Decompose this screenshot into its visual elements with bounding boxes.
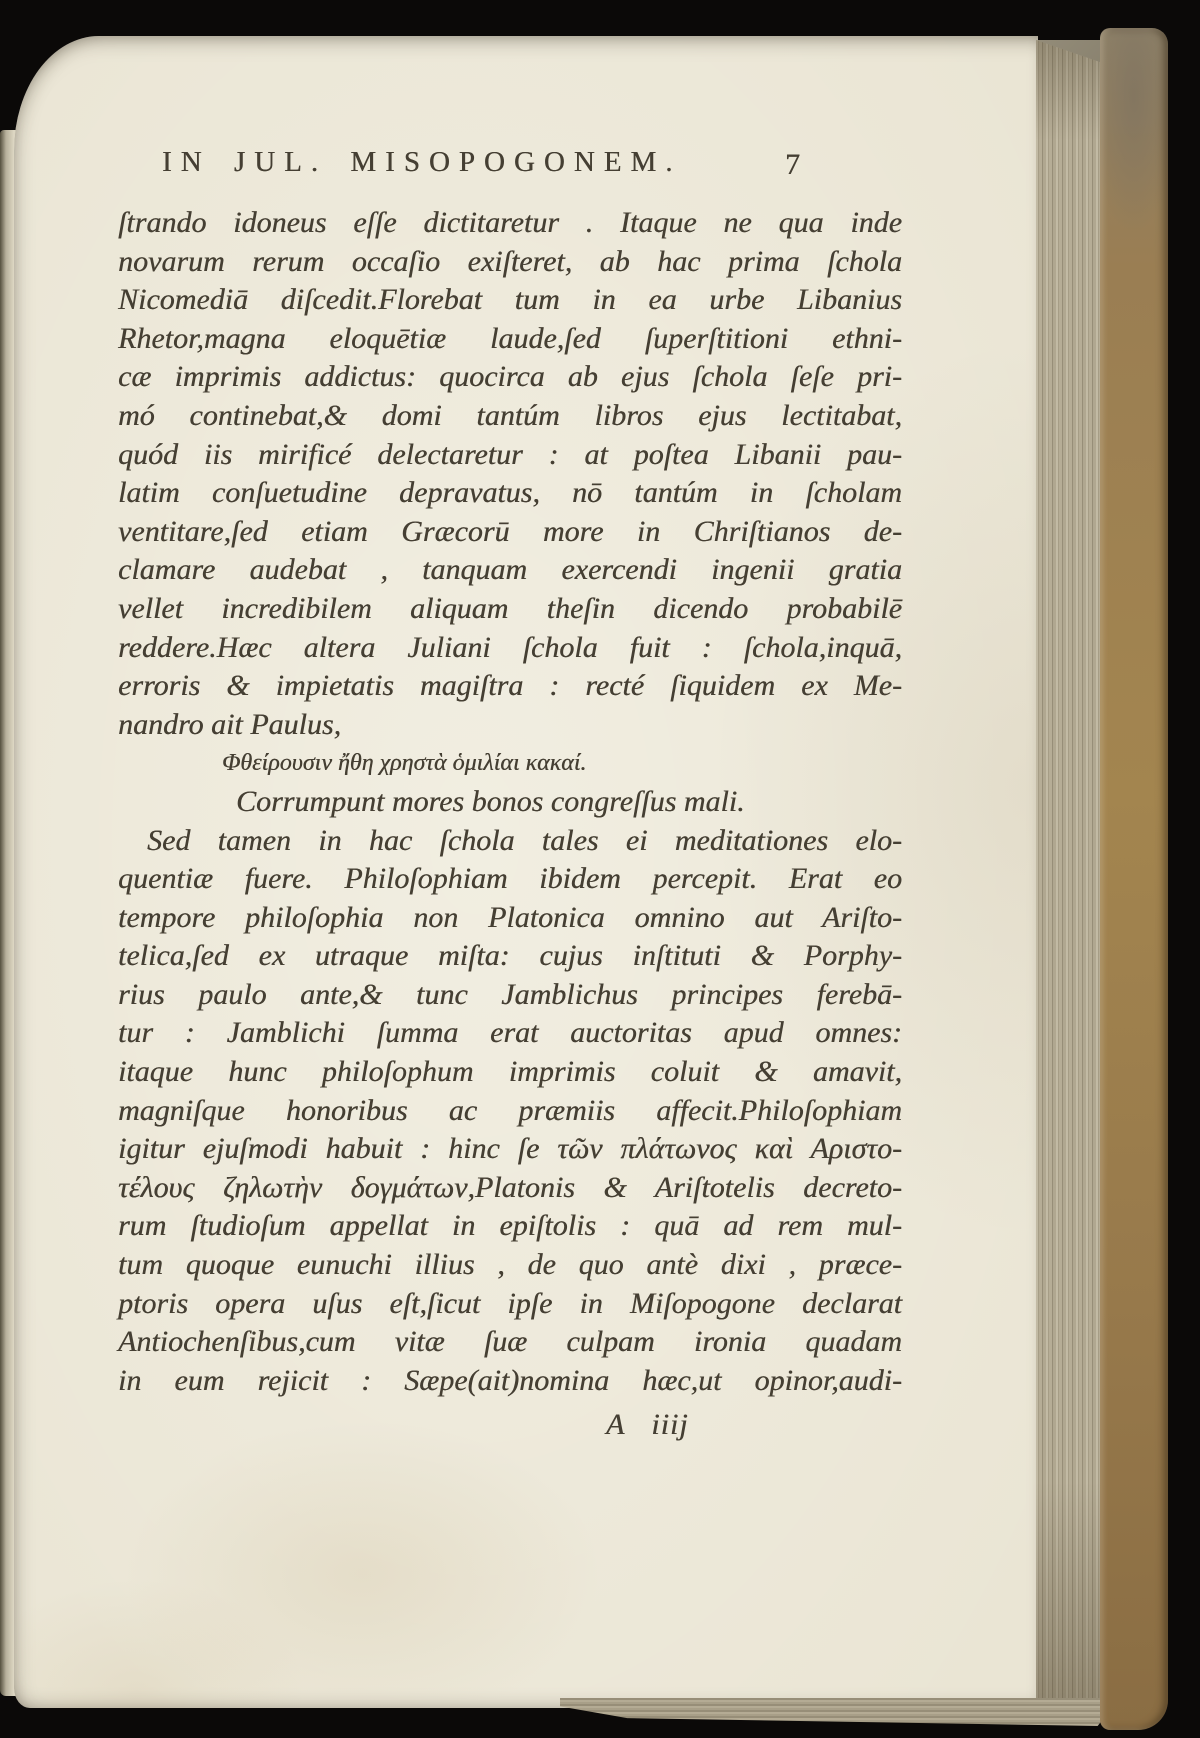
text-line: telica,ſed ex utraque miſta: cujus inſti… — [118, 937, 902, 976]
text-line: itaque hunc philoſophum imprimis coluit … — [118, 1053, 902, 1092]
signature-mark: A iiij — [118, 1406, 902, 1444]
text-line: rum ſtudioſum appellat in epiſtolis : qu… — [118, 1207, 902, 1246]
text-line: tempore philoſophia non Platonica omnino… — [118, 899, 902, 938]
text-line: ſtrando idoneus eſſe dictitaretur . Itaq… — [118, 204, 902, 243]
text-line: erroris & impietatis magiſtra : recté ſi… — [118, 667, 902, 706]
bottom-page-edge — [560, 1698, 1120, 1726]
text-line: rius paulo ante,& tunc Jamblichus princi… — [118, 976, 902, 1015]
latin-translation-line: Corrumpunt mores bonos congreſſus mali. — [118, 783, 902, 822]
text-line: in eum rejicit : Sæpe(ait)nomina hæc,ut … — [118, 1362, 902, 1401]
text-line: quód iis mirificé delectaretur : at poſt… — [118, 436, 902, 475]
text-line: ptoris opera uſus eſt,ſicut ipſe in Miſo… — [118, 1285, 902, 1324]
text-line: latim conſuetudine depravatus, nō tantúm… — [118, 474, 902, 513]
greek-quote-line: Φθείρουσιν ἤθη χρηστὰ ὁμιλίαι κακαί. — [118, 744, 902, 783]
text-line: igitur ejuſmodi habuit : hinc ſe τῶν πλά… — [118, 1130, 902, 1169]
page-surface: IN JUL. MISOPOGONEM. 7 ſtrando idoneus e… — [14, 36, 1038, 1708]
text-block: IN JUL. MISOPOGONEM. 7 ſtrando idoneus e… — [118, 146, 902, 1444]
text-line: reddere.Hæc altera Juliani ſchola fuit :… — [118, 629, 902, 668]
text-line: Rhetor,magna eloquētiæ laude,ſed ſuperſt… — [118, 320, 902, 359]
photo-background: { "page": { "header": { "title": "IN JUL… — [0, 0, 1200, 1738]
text-line: cæ imprimis addictus: quocirca ab ejus ſ… — [118, 358, 902, 397]
text-line: Sed tamen in hac ſchola tales ei meditat… — [118, 822, 902, 861]
text-line: vellet incredibilem aliquam theſin dicen… — [118, 590, 902, 629]
text-line: τέλους ζηλωτὴν δογμάτων,Platonis & Ariſt… — [118, 1169, 902, 1208]
running-header: IN JUL. MISOPOGONEM. 7 — [118, 146, 902, 190]
text-line: mó continebat,& domi tantúm libros ejus … — [118, 397, 902, 436]
text-line: nandro ait Paulus, — [118, 706, 902, 745]
fore-edge-page-stack — [1036, 40, 1104, 1716]
text-line: tum quoque eunuchi illius , de quo antè … — [118, 1246, 902, 1285]
text-line: ventitare,ſed etiam Græcorū more in Chri… — [118, 513, 902, 552]
text-line: clamare audebat , tanquam exercendi inge… — [118, 551, 902, 590]
text-line: tur : Jamblichi ſumma erat auctoritas ap… — [118, 1014, 902, 1053]
page-header-title: IN JUL. MISOPOGONEM. — [162, 146, 681, 179]
text-line: Antiochenſibus,cum vitæ ſuæ culpam ironi… — [118, 1323, 902, 1362]
text-line: Nicomediā diſcedit.Florebat tum in ea ur… — [118, 281, 902, 320]
text-line: novarum rerum occaſio exiſteret, ab hac … — [118, 243, 902, 282]
text-line: magniſque honoribus ac præmiis affecit.P… — [118, 1092, 902, 1131]
page-number: 7 — [785, 148, 800, 182]
book-cover-edge — [1100, 28, 1168, 1730]
text-line: quentiæ fuere. Philoſophiam ibidem perce… — [118, 860, 902, 899]
